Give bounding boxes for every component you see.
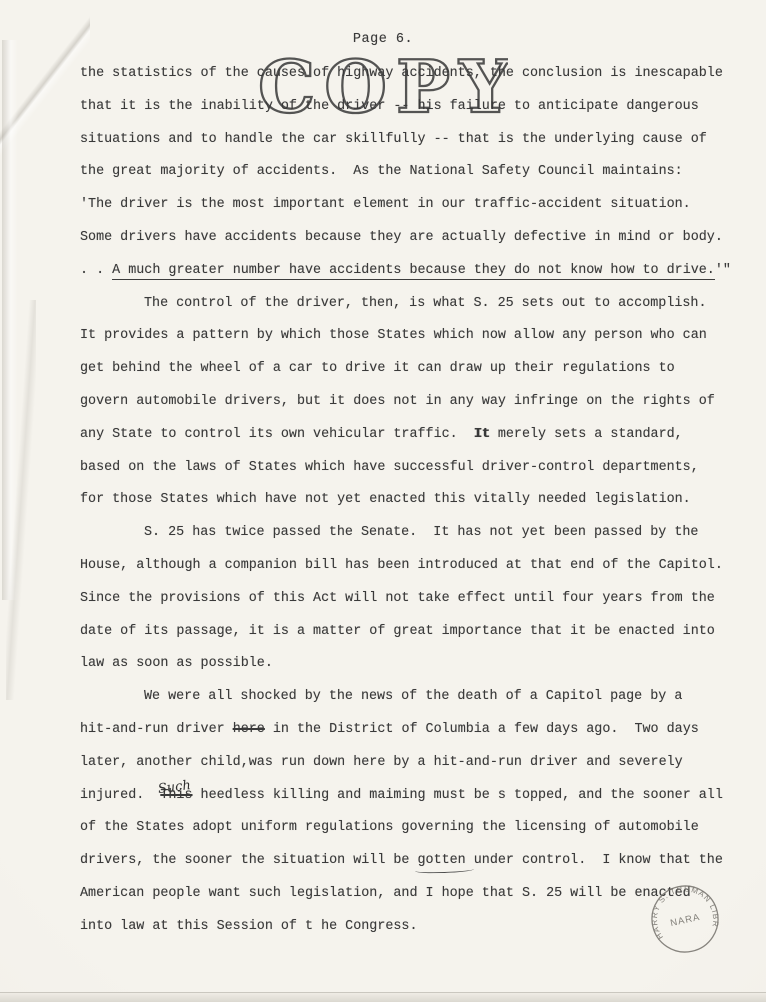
text-segment: under control. I know that the xyxy=(466,853,723,868)
text-line: that it is the inability of the driver -… xyxy=(80,91,748,124)
text-segment: . . xyxy=(80,263,112,278)
text-segment: Since the provisions of this Act will no… xyxy=(80,591,715,606)
text-segment: hit-and-run driver xyxy=(80,722,233,737)
text-segment: into law at this Session of t he Congres… xyxy=(80,919,418,934)
text-segment: House, although a companion bill has bee… xyxy=(80,558,723,573)
text-segment: It provides a pattern by which those Sta… xyxy=(80,328,707,343)
text-segment: S. 25 has twice passed the Senate. It ha… xyxy=(144,525,698,540)
paper-crease-left xyxy=(2,40,18,600)
text-line: get behind the wheel of a car to drive i… xyxy=(80,353,748,386)
text-segment: injured. xyxy=(80,788,160,803)
text-line: Some drivers have accidents because they… xyxy=(80,222,748,255)
text-segment: '" xyxy=(715,263,731,278)
text-line: It provides a pattern by which those Sta… xyxy=(80,320,748,353)
text-segment: of the States adopt uniform regulations … xyxy=(80,820,699,835)
text-segment: 'The driver is the most important elemen… xyxy=(80,197,691,212)
text-line: The control of the driver, then, is what… xyxy=(80,288,748,321)
text-line: situations and to handle the car skillfu… xyxy=(80,124,748,157)
archive-stamp-center-text: NARA xyxy=(669,912,701,929)
document-page: Page 6. COPY the statistics of the cause… xyxy=(0,0,766,1002)
text-line: of the States adopt uniform regulations … xyxy=(80,812,748,845)
text-line: S. 25 has twice passed the Senate. It ha… xyxy=(80,517,748,550)
text-line: injured. This heedless killing and maimi… xyxy=(80,780,748,813)
text-segment: heedless killing and maiming must be s t… xyxy=(193,788,723,803)
text-segment: in the District of Columbia a few days a… xyxy=(265,722,699,737)
text-segment: gotten xyxy=(418,853,466,868)
text-segment: law as soon as possible. xyxy=(80,656,273,671)
text-segment: the great majority of accidents. As the … xyxy=(80,164,683,179)
text-segment: the statistics of the causes of highway … xyxy=(80,66,723,81)
text-segment: get behind the wheel of a car to drive i… xyxy=(80,361,675,376)
text-segment: that it is the inability of the driver -… xyxy=(80,99,699,114)
text-segment: drivers, the sooner the situation will b… xyxy=(80,853,418,868)
text-line: 'The driver is the most important elemen… xyxy=(80,189,748,222)
archive-stamp: HARRY S. TRUMAN LIBRARY NARA xyxy=(641,875,729,963)
text-line: . . A much greater number have accidents… xyxy=(80,255,748,288)
paper-crease-top-left xyxy=(0,0,90,170)
text-segment: later, another child,was run down here b… xyxy=(80,755,683,770)
page-bottom-edge xyxy=(0,992,766,1002)
text-segment: date of its passage, it is a matter of g… xyxy=(80,624,715,639)
text-line: Since the provisions of this Act will no… xyxy=(80,583,748,616)
text-line: the statistics of the causes of highway … xyxy=(80,58,748,91)
text-line: the great majority of accidents. As the … xyxy=(80,156,748,189)
text-line: House, although a companion bill has bee… xyxy=(80,550,748,583)
text-segment: A much greater number have accidents bec… xyxy=(112,263,715,280)
text-segment: situations and to handle the car skillfu… xyxy=(80,132,707,147)
text-line: for those States which have not yet enac… xyxy=(80,484,748,517)
text-line: hit-and-run driver here in the District … xyxy=(80,714,748,747)
document-body: the statistics of the causes of highway … xyxy=(80,58,748,944)
text-segment: American people want such legislation, a… xyxy=(80,886,691,901)
text-segment: We were all shocked by the news of the d… xyxy=(144,689,682,704)
text-line: any State to control its own vehicular t… xyxy=(80,419,748,452)
text-segment: It xyxy=(474,427,490,442)
text-line: drivers, the sooner the situation will b… xyxy=(80,845,748,878)
text-line: date of its passage, it is a matter of g… xyxy=(80,616,748,649)
text-segment: for those States which have not yet enac… xyxy=(80,492,691,507)
text-segment: any State to control its own vehicular t… xyxy=(80,427,474,442)
page-number-label: Page 6. xyxy=(0,30,766,50)
text-segment: Some drivers have accidents because they… xyxy=(80,230,723,245)
text-line: We were all shocked by the news of the d… xyxy=(80,681,748,714)
text-segment: merely sets a standard, xyxy=(490,427,683,442)
text-segment: The control of the driver, then, is what… xyxy=(144,296,707,311)
text-line: govern automobile drivers, but it does n… xyxy=(80,386,748,419)
paper-crease-left-lower xyxy=(6,300,36,700)
text-segment: This xyxy=(160,788,192,803)
text-line: based on the laws of States which have s… xyxy=(80,452,748,485)
text-line: law as soon as possible. xyxy=(80,648,748,681)
text-segment: based on the laws of States which have s… xyxy=(80,460,699,475)
text-segment: here xyxy=(233,722,265,737)
text-segment: govern automobile drivers, but it does n… xyxy=(80,394,715,409)
